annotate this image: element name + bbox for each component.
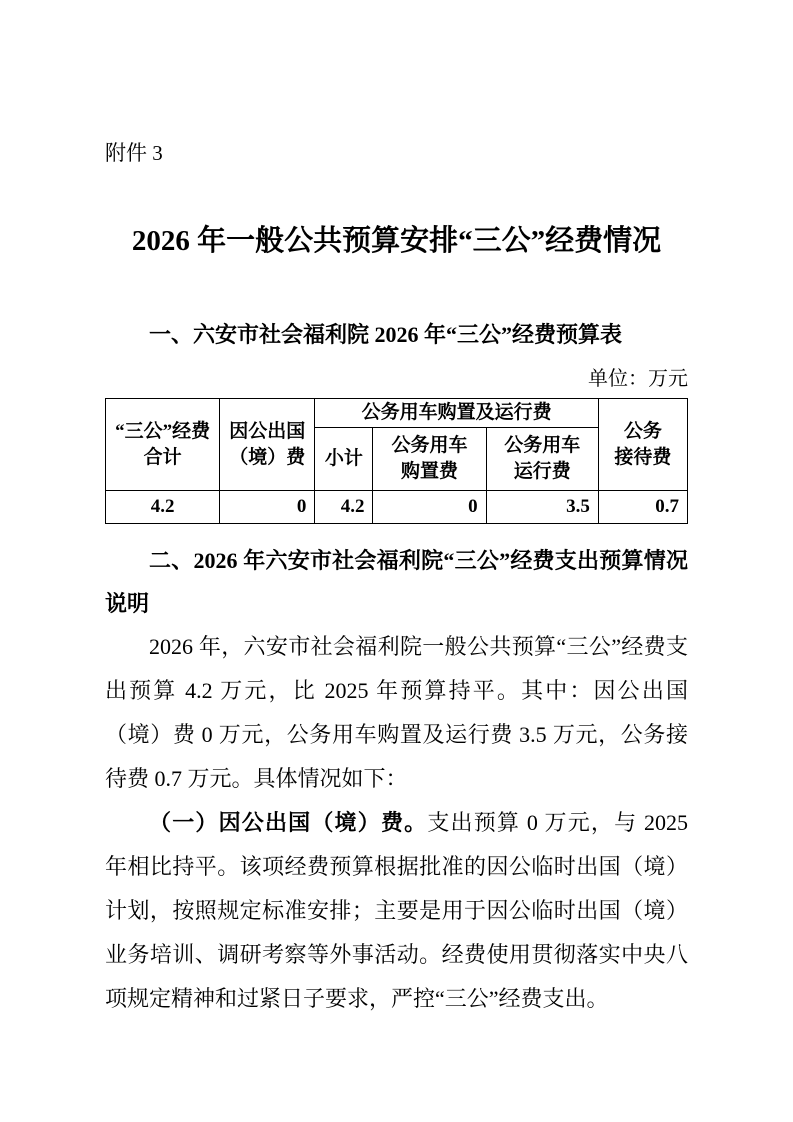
header-cell-vehicle-purchase: 公务用车 购置费 — [373, 428, 486, 491]
header-cell-vehicle-subtotal: 小计 — [315, 428, 373, 491]
header-cell-sangong-total: “三公”经费 合计 — [106, 399, 220, 491]
document-title: 2026 年一般公共预算安排“三公”经费情况 — [105, 222, 688, 260]
header-cell-reception-fee: 公务 接待费 — [598, 399, 687, 491]
value-cell-vehicle-operation: 3.5 — [486, 491, 598, 524]
value-cell-vehicle-subtotal: 4.2 — [315, 491, 373, 524]
paragraph-abroad-fee: （一）因公出国（境）费。支出预算 0 万元，与 2025 年相比持平。该项经费预… — [105, 801, 688, 1021]
document-page: 附件 3 2026 年一般公共预算安排“三公”经费情况 一、六安市社会福利院 2… — [0, 0, 793, 1122]
paragraph-abroad-fee-body: 支出预算 0 万元，与 2025 年相比持平。该项经费预算根据批准的因公临时出国… — [105, 810, 688, 1011]
value-cell-abroad-fee: 0 — [220, 491, 315, 524]
table-header-row-1: “三公”经费 合计 因公出国 （境）费 公务用车购置及运行费 公务 接待费 — [106, 399, 688, 428]
table-unit-label: 单位：万元 — [105, 367, 688, 391]
value-cell-sangong-total: 4.2 — [106, 491, 220, 524]
value-cell-vehicle-purchase: 0 — [373, 491, 486, 524]
table-data-row: 4.2 0 4.2 0 3.5 0.7 — [106, 491, 688, 524]
header-cell-abroad-fee: 因公出国 （境）费 — [220, 399, 315, 491]
section2-heading: 二、2026 年六安市社会福利院“三公”经费支出预算情况说明 — [105, 539, 688, 625]
header-cell-vehicle-operation: 公务用车 运行费 — [486, 428, 598, 491]
paragraph-overview: 2026 年，六安市社会福利院一般公共预算“三公”经费支出预算 4.2 万元，比… — [105, 625, 688, 801]
budget-table: “三公”经费 合计 因公出国 （境）费 公务用车购置及运行费 公务 接待费 小计… — [105, 398, 688, 524]
header-cell-vehicle-group: 公务用车购置及运行费 — [315, 399, 598, 428]
attachment-label: 附件 3 — [105, 140, 688, 166]
paragraph-abroad-fee-lead: （一）因公出国（境）费。 — [149, 810, 427, 835]
value-cell-reception-fee: 0.7 — [598, 491, 687, 524]
section1-heading: 一、六安市社会福利院 2026 年“三公”经费预算表 — [105, 320, 688, 350]
